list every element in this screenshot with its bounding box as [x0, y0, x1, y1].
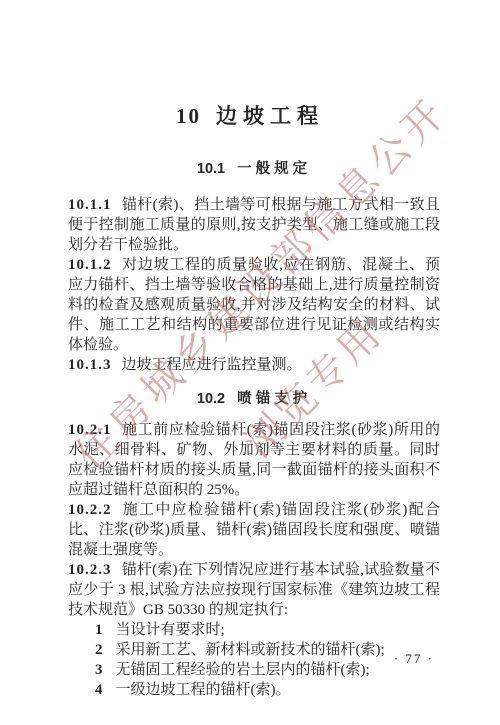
section-title: 一般规定: [237, 161, 311, 177]
clause-number: 10.2.1: [68, 422, 112, 438]
list-item: 4一级边坡工程的锚杆(索)。: [68, 680, 440, 700]
item-text: 无锚固工程经验的岩土层内的锚杆(索);: [116, 662, 370, 678]
section-heading-10-2: 10.2喷锚支护: [68, 390, 440, 408]
list-item: 2采用新工艺、新材料或新技术的锚杆(索);: [68, 640, 440, 660]
clause-number: 10.1.2: [68, 257, 112, 273]
document-page: 住房城乡建设部信息公开 浏览专用 10边坡工程 10.1一般规定 10.1.1锚…: [0, 0, 500, 725]
clause-number: 10.2.2: [68, 502, 112, 518]
text-column: 10.1一般规定 10.1.1锚杆(索)、挡土墙等可根据与施工方式相一致且便于控…: [68, 160, 440, 700]
clause-paragraph: 10.1.2对边坡工程的质量验收,应在钢筋、混凝土、预应力锚杆、挡土墙等验收合格…: [68, 255, 440, 355]
clause-number: 10.1.1: [68, 197, 112, 213]
clause-number: 10.2.3: [68, 562, 112, 578]
chapter-number: 10: [176, 104, 201, 128]
list-item: 3无锚固工程经验的岩土层内的锚杆(索);: [68, 660, 440, 680]
clause-text: 对边坡工程的质量验收,应在钢筋、混凝土、预应力锚杆、挡土墙等验收合格的基础上,进…: [68, 257, 440, 353]
clause-number: 10.1.3: [68, 357, 112, 373]
section-heading-10-1: 10.1一般规定: [68, 160, 440, 178]
item-text: 采用新工艺、新材料或新技术的锚杆(索);: [116, 642, 385, 658]
clause-text: 锚杆(索)在下列情况应进行基本试验,试验数量不应少于 3 根,试验方法应按现行国…: [68, 562, 440, 618]
item-text: 当设计有要求时;: [116, 622, 225, 638]
clause-paragraph: 10.2.1施工前应检验锚杆(索)锚固段注浆(砂浆)所用的水泥、细骨料、矿物、外…: [68, 420, 440, 500]
section-number: 10.1: [197, 161, 225, 177]
section-title: 喷锚支护: [237, 391, 311, 407]
clause-text: 施工中应检验锚杆(索)锚固段注浆(砂浆)配合比、注浆(砂浆)质量、锚杆(索)锚固…: [68, 502, 440, 558]
item-text: 一级边坡工程的锚杆(索)。: [116, 682, 291, 698]
clause-paragraph: 10.1.3边坡工程应进行监控量测。: [68, 355, 440, 375]
clause-text: 施工前应检验锚杆(索)锚固段注浆(砂浆)所用的水泥、细骨料、矿物、外加剂等主要材…: [68, 422, 440, 498]
chapter-title: 边坡工程: [216, 104, 324, 128]
item-number: 3: [95, 662, 103, 678]
clause-text: 边坡工程应进行监控量测。: [122, 357, 302, 373]
clause-text: 锚杆(索)、挡土墙等可根据与施工方式相一致且便于控制施工质量的原则,按支护类型、…: [68, 197, 440, 253]
item-number: 2: [95, 642, 103, 658]
item-number: 1: [95, 622, 103, 638]
chapter-heading: 10边坡工程: [0, 103, 500, 130]
page-number: · 77 ·: [394, 651, 434, 667]
clause-paragraph: 10.1.1锚杆(索)、挡土墙等可根据与施工方式相一致且便于控制施工质量的原则,…: [68, 195, 440, 255]
list-item: 1当设计有要求时;: [68, 620, 440, 640]
item-number: 4: [95, 682, 103, 698]
clause-paragraph: 10.2.3锚杆(索)在下列情况应进行基本试验,试验数量不应少于 3 根,试验方…: [68, 560, 440, 620]
section-number: 10.2: [197, 391, 225, 407]
clause-paragraph: 10.2.2施工中应检验锚杆(索)锚固段注浆(砂浆)配合比、注浆(砂浆)质量、锚…: [68, 500, 440, 560]
